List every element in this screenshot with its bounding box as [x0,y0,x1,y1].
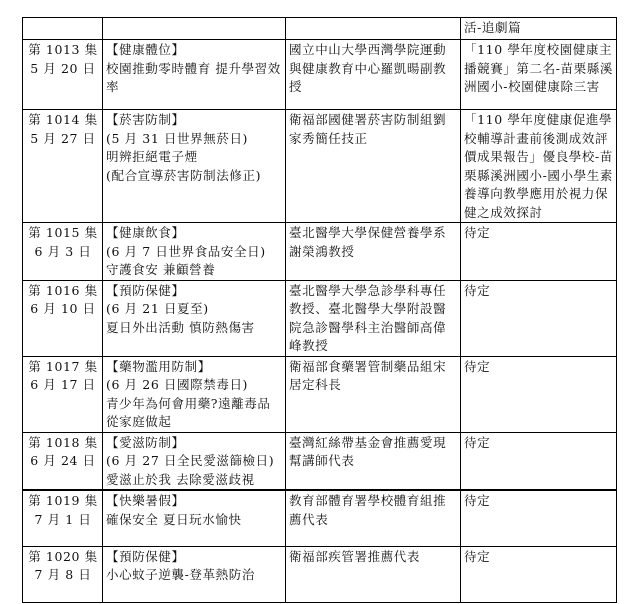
school-text: 待定 [464,492,614,511]
guest-text: 國立中山大學西灣學院運動與健康教育中心羅凱暘副教授 [289,41,458,97]
air-date: 7 月 1 日 [26,511,100,530]
guest-text: 臺北醫學大學急診學科專任教授、臺北醫學大學附設醫院急診醫學科主治醫師高偉峰教授 [289,282,458,356]
school-cell: 待定 [461,223,617,281]
air-date: 6 月 24 日 [26,452,100,471]
table-row: 活-追劇篇 [23,18,617,40]
guest-cell: 衛福部疾管署推薦代表 [286,546,461,602]
topic-title: 明辨拒絕電子煙 [106,148,283,167]
guest-cell [286,18,461,40]
air-date: 7 月 8 日 [26,566,100,585]
episode-cell: 第 1019 集 7 月 1 日 [23,490,103,546]
topic-title: 守護食安 兼顧營養 [106,261,283,280]
topic-cell: 【藥物濫用防制】 (6 月 26 日國際禁毒日) 青少年為何會用藥?遠離毒品 從… [103,356,286,432]
guest-cell: 國立中山大學西灣學院運動與健康教育中心羅凱暘副教授 [286,40,461,110]
topic-observance: (6 月 26 日國際禁毒日) [106,376,283,395]
episode-cell: 第 1017 集 6 月 17 日 [23,356,103,432]
topic-observance: (6 月 21 日夏至) [106,300,283,319]
school-text: 活-追劇篇 [464,19,614,38]
air-date: 6 月 3 日 [26,243,100,262]
topic-category: 【健康體位】 [106,41,283,60]
guest-text: 衛福部食藥署管制藥品組宋居定科長 [289,358,458,395]
topic-category: 【藥物濫用防制】 [106,358,283,377]
table-row: 第 1016 集 6 月 10 日 【預防保健】 (6 月 21 日夏至) 夏日… [23,280,617,356]
air-date: 6 月 17 日 [26,376,100,395]
guest-text: 教育部體育署學校體育組推薦代表 [289,492,458,529]
episode-number: 第 1018 集 [26,434,100,453]
guest-cell: 臺北醫學大學急診學科專任教授、臺北醫學大學附設醫院急診醫學科主治醫師高偉峰教授 [286,280,461,356]
guest-text: 臺灣紅絲帶基金會推薦愛現幫講師代表 [289,434,458,471]
table-row: 第 1015 集 6 月 3 日 【健康飲食】 (6 月 7 日世界食品安全日)… [23,223,617,281]
school-text: 待定 [464,224,614,243]
topic-cell: 【健康飲食】 (6 月 7 日世界食品安全日) 守護食安 兼顧營養 [103,223,286,281]
table-row: 第 1020 集 7 月 8 日 【預防保健】 小心蚊子逆襲-登革熱防治 衛福部… [23,546,617,602]
episode-cell: 第 1014 集 5 月 27 日 [23,110,103,223]
guest-text: 衛福部疾管署推薦代表 [289,548,458,567]
school-cell: 「110 學年度校園健康主播競賽」第二名-苗栗縣溪洲國小-校園健康除三害 [461,40,617,110]
topic-note: (配合宣導菸害防制法修正) [106,167,283,186]
episode-cell: 第 1018 集 6 月 24 日 [23,432,103,490]
school-cell: 待定 [461,356,617,432]
episode-number: 第 1015 集 [26,224,100,243]
school-cell: 「110 學年度健康促進學校輔導計畫前後測成效評價成果報告」優良學校-苗栗縣溪洲… [461,110,617,223]
topic-category: 【健康飲食】 [106,224,283,243]
topic-cell: 【預防保健】 小心蚊子逆襲-登革熱防治 [103,546,286,602]
episode-cell: 第 1013 集 5 月 20 日 [23,40,103,110]
table-row: 第 1017 集 6 月 17 日 【藥物濫用防制】 (6 月 26 日國際禁毒… [23,356,617,432]
topic-observance: (6 月 27 日全民愛滋篩檢日) [106,452,283,471]
topic-cell: 【愛滋防制】 (6 月 27 日全民愛滋篩檢日) 愛滋止於我 去除愛滋歧視 [103,432,286,490]
guest-cell: 臺灣紅絲帶基金會推薦愛現幫講師代表 [286,432,461,490]
topic-cell: 【預防保健】 (6 月 21 日夏至) 夏日外出活動 慎防熱傷害 [103,280,286,356]
episode-schedule-table: 活-追劇篇 第 1013 集 5 月 20 日 【健康體位】 校園推動零時體育 … [22,17,617,603]
episode-number: 第 1013 集 [26,41,100,60]
school-cell: 活-追劇篇 [461,18,617,40]
table-row: 第 1014 集 5 月 27 日 【菸害防制】 (5 月 31 日世界無菸日)… [23,110,617,223]
air-date: 5 月 20 日 [26,60,100,79]
school-text: 待定 [464,434,614,453]
topic-title: 小心蚊子逆襲-登革熱防治 [106,566,283,585]
episode-cell: 第 1015 集 6 月 3 日 [23,223,103,281]
school-text: 待定 [464,282,614,301]
episode-number: 第 1016 集 [26,282,100,301]
topic-category: 【預防保健】 [106,548,283,567]
topic-observance: (6 月 7 日世界食品安全日) [106,243,283,262]
topic-observance: (5 月 31 日世界無菸日) [106,130,283,149]
school-cell: 待定 [461,432,617,490]
episode-cell: 第 1016 集 6 月 10 日 [23,280,103,356]
topic-title: 確保安全 夏日玩水愉快 [106,511,283,530]
topic-title: 愛滋止於我 去除愛滋歧視 [106,471,283,490]
guest-cell: 教育部體育署學校體育組推薦代表 [286,490,461,546]
topic-category: 【預防保健】 [106,282,283,301]
topic-cell: 【菸害防制】 (5 月 31 日世界無菸日) 明辨拒絕電子煙 (配合宣導菸害防制… [103,110,286,223]
guest-cell: 衛福部食藥署管制藥品組宋居定科長 [286,356,461,432]
topic-title: 夏日外出活動 慎防熱傷害 [106,319,283,338]
topic-title: 校園推動零時體育 提升學習效率 [106,60,283,97]
school-cell: 待定 [461,280,617,356]
topic-cell [103,18,286,40]
school-cell: 待定 [461,546,617,602]
topic-title: 青少年為何會用藥?遠離毒品 從家庭做起 [106,395,283,432]
guest-text: 衛福部國健署菸害防制組劉家秀簡任技正 [289,111,458,148]
air-date: 5 月 27 日 [26,130,100,149]
episode-number: 第 1014 集 [26,111,100,130]
episode-number: 第 1020 集 [26,548,100,567]
episode-number: 第 1019 集 [26,492,100,511]
school-text: 「110 學年度健康促進學校輔導計畫前後測成效評價成果報告」優良學校-苗栗縣溪洲… [464,111,614,222]
topic-category: 【菸害防制】 [106,111,283,130]
topic-category: 【愛滋防制】 [106,434,283,453]
topic-category: 【快樂暑假】 [106,492,283,511]
guest-cell: 臺北醫學大學保健營養學系謝榮鴻教授 [286,223,461,281]
table-row: 第 1019 集 7 月 1 日 【快樂暑假】 確保安全 夏日玩水愉快 教育部體… [23,490,617,546]
episode-cell [23,18,103,40]
episode-number: 第 1017 集 [26,358,100,377]
table-row: 第 1018 集 6 月 24 日 【愛滋防制】 (6 月 27 日全民愛滋篩檢… [23,432,617,490]
school-cell: 待定 [461,490,617,546]
school-text: 「110 學年度校園健康主播競賽」第二名-苗栗縣溪洲國小-校園健康除三害 [464,41,614,97]
table-row: 第 1013 集 5 月 20 日 【健康體位】 校園推動零時體育 提升學習效率… [23,40,617,110]
school-text: 待定 [464,358,614,377]
topic-cell: 【快樂暑假】 確保安全 夏日玩水愉快 [103,490,286,546]
school-text: 待定 [464,548,614,567]
guest-text: 臺北醫學大學保健營養學系謝榮鴻教授 [289,224,458,261]
topic-cell: 【健康體位】 校園推動零時體育 提升學習效率 [103,40,286,110]
air-date: 6 月 10 日 [26,300,100,319]
guest-cell: 衛福部國健署菸害防制組劉家秀簡任技正 [286,110,461,223]
episode-cell: 第 1020 集 7 月 8 日 [23,546,103,602]
